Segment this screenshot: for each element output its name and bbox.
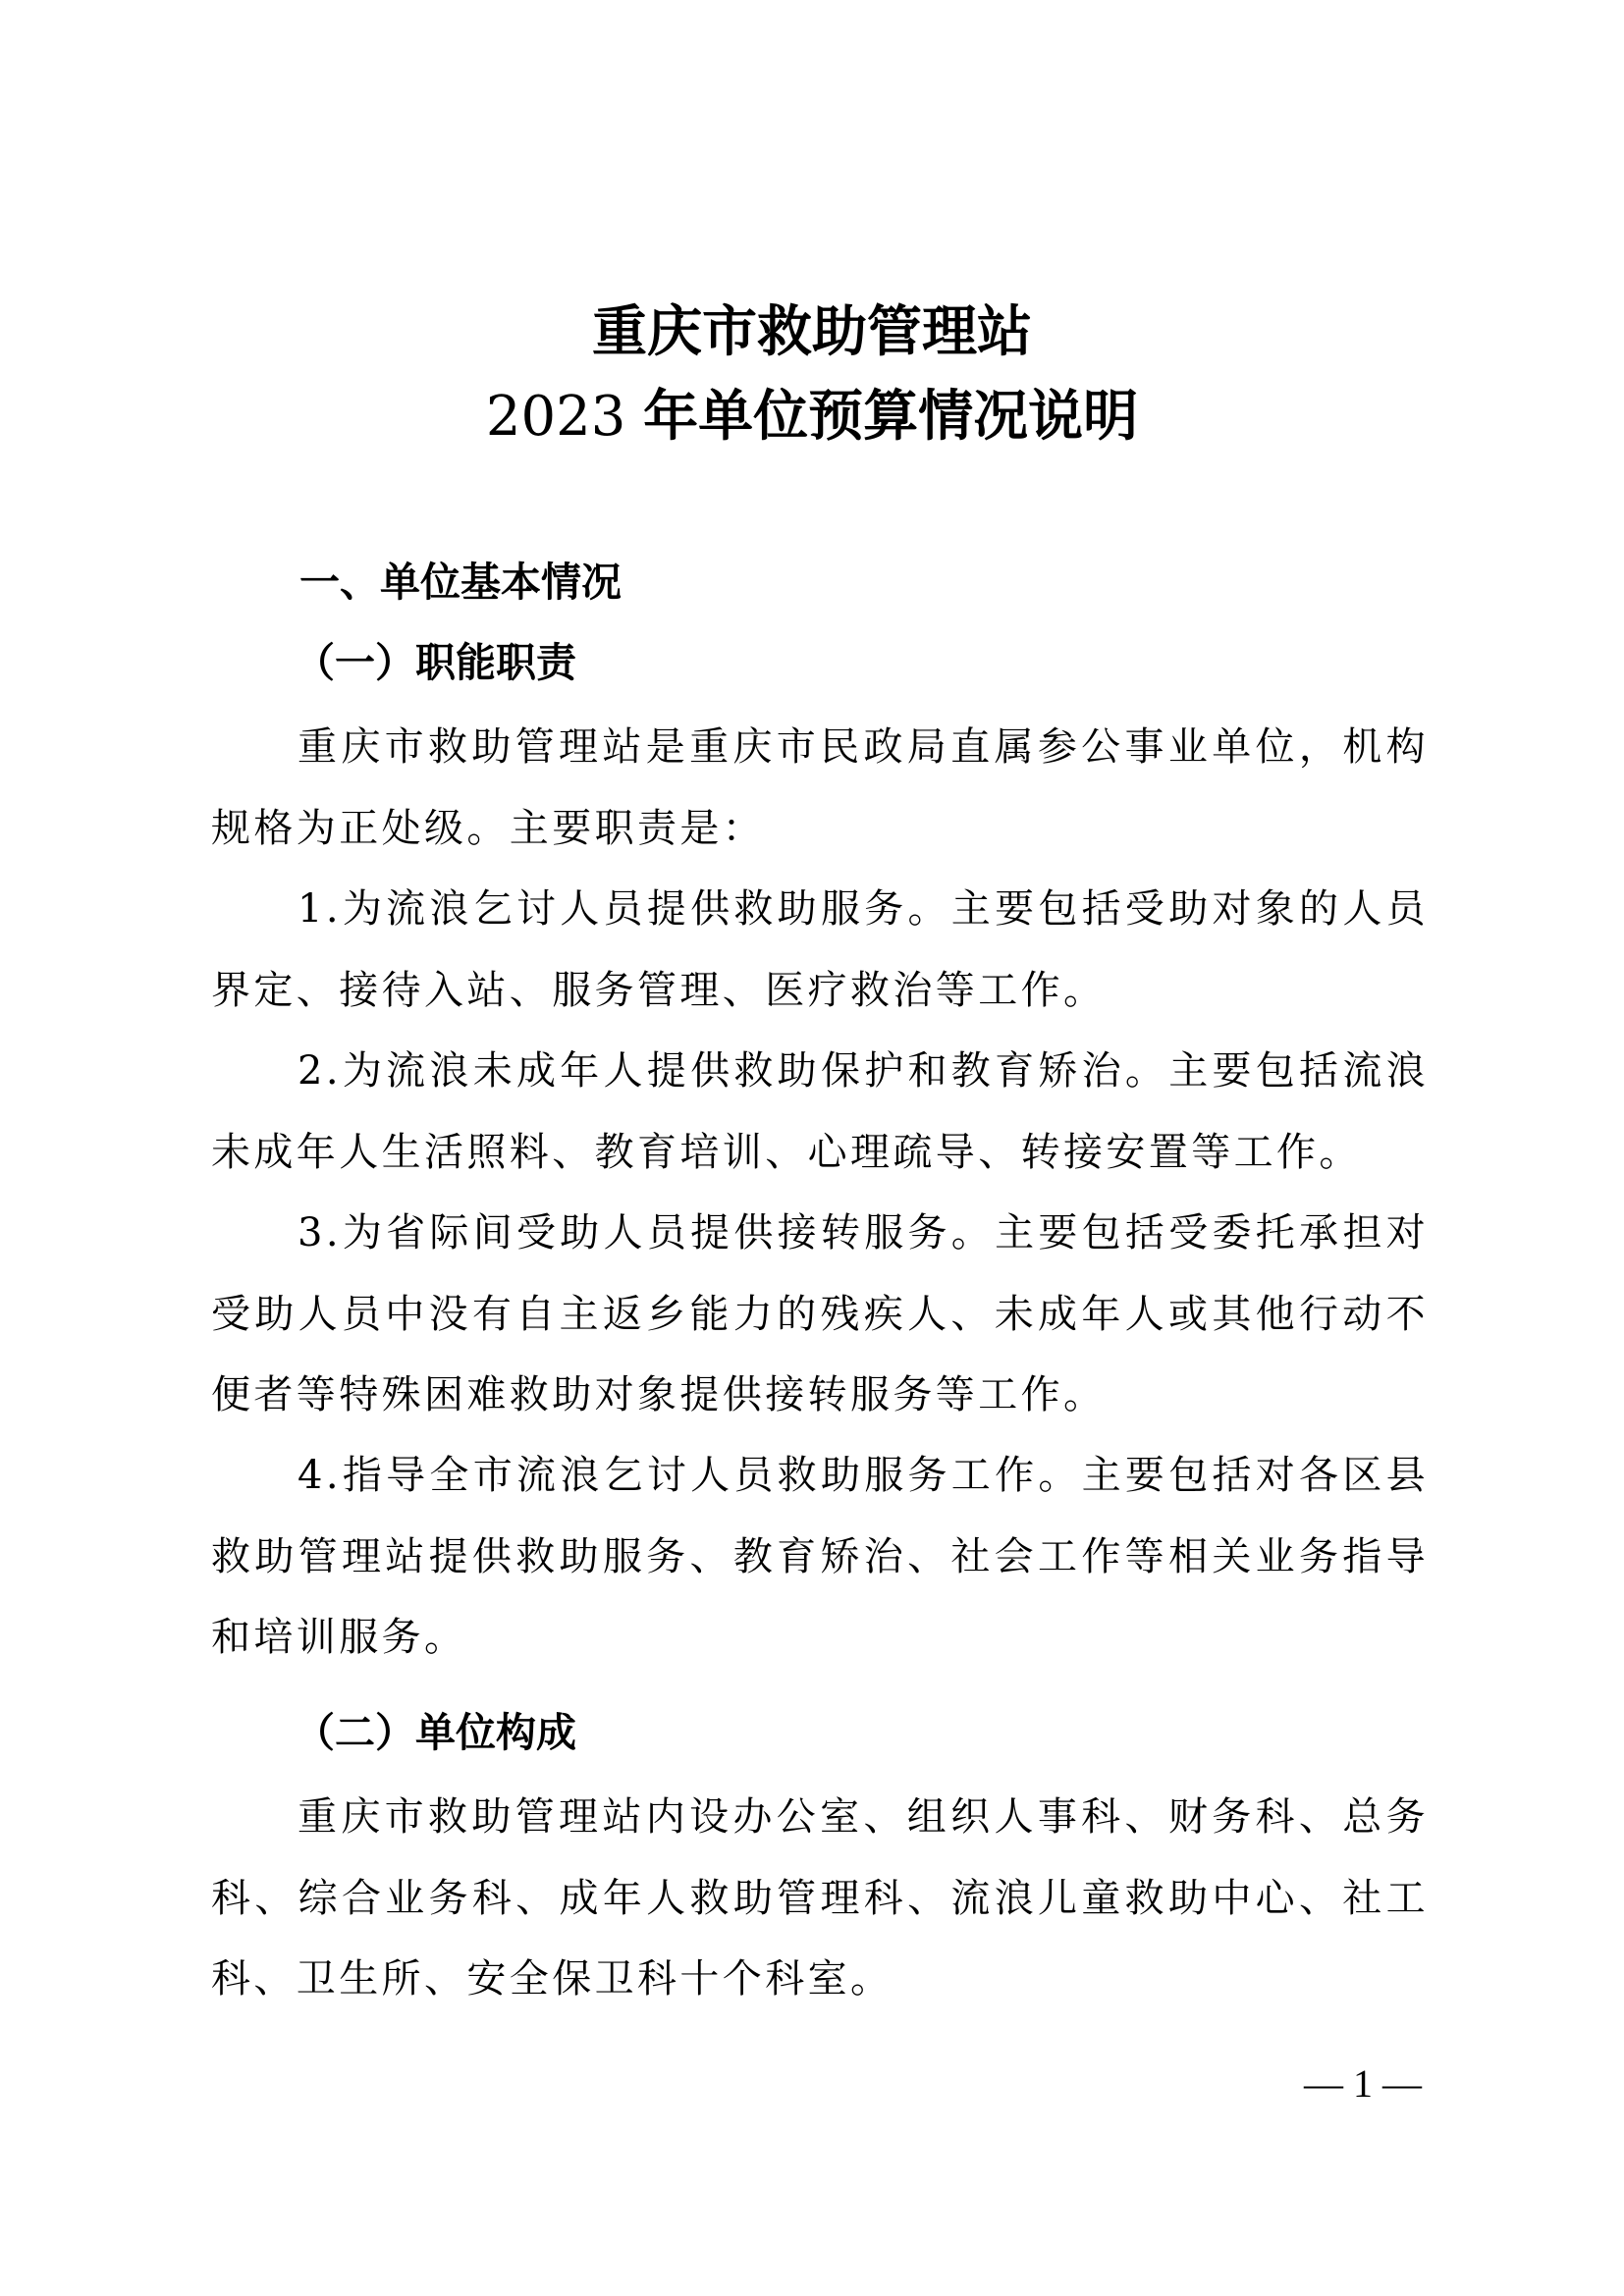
duty-item-4: 4.指导全市流浪乞讨人员救助服务工作。主要包括对各区县救助管理站提供救助服务、教… [211, 1435, 1429, 1679]
intro-paragraph: 重庆市救助管理站是重庆市民政局直属参公事业单位，机构规格为正处级。主要职责是： [211, 707, 1429, 869]
page-number: — 1 — [1294, 2059, 1432, 2109]
document-page: 重庆市救助管理站 2023 年单位预算情况说明 一、单位基本情况 （一）职能职责… [0, 0, 1624, 2296]
duty-item-3: 3.为省际间受助人员提供接转服务。主要包括受委托承担对受助人员中没有自主返乡能力… [211, 1193, 1429, 1436]
document-title-line2: 2023 年单位预算情况说明 [0, 385, 1624, 449]
structure-paragraph: 重庆市救助管理站内设办公室、组织人事科、财务科、总务科、综合业务科、成年人救助管… [211, 1777, 1429, 2020]
duty-item-1: 1.为流浪乞讨人员提供救助服务。主要包括受助对象的人员界定、接待入站、服务管理、… [211, 869, 1429, 1031]
subsection-heading-structure: （二）单位构成 [295, 1703, 576, 1762]
title-year: 2023 [486, 385, 626, 449]
subsection-heading-duties: （一）职能职责 [295, 633, 576, 692]
duty-item-2: 2.为流浪未成年人提供救助保护和教育矫治。主要包括流浪未成年人生活照料、教育培训… [211, 1031, 1429, 1193]
document-title-line1: 重庆市救助管理站 [0, 300, 1624, 363]
title-subject: 年单位预算情况说明 [643, 384, 1138, 449]
section-heading-basic-info: 一、单位基本情况 [299, 553, 622, 612]
